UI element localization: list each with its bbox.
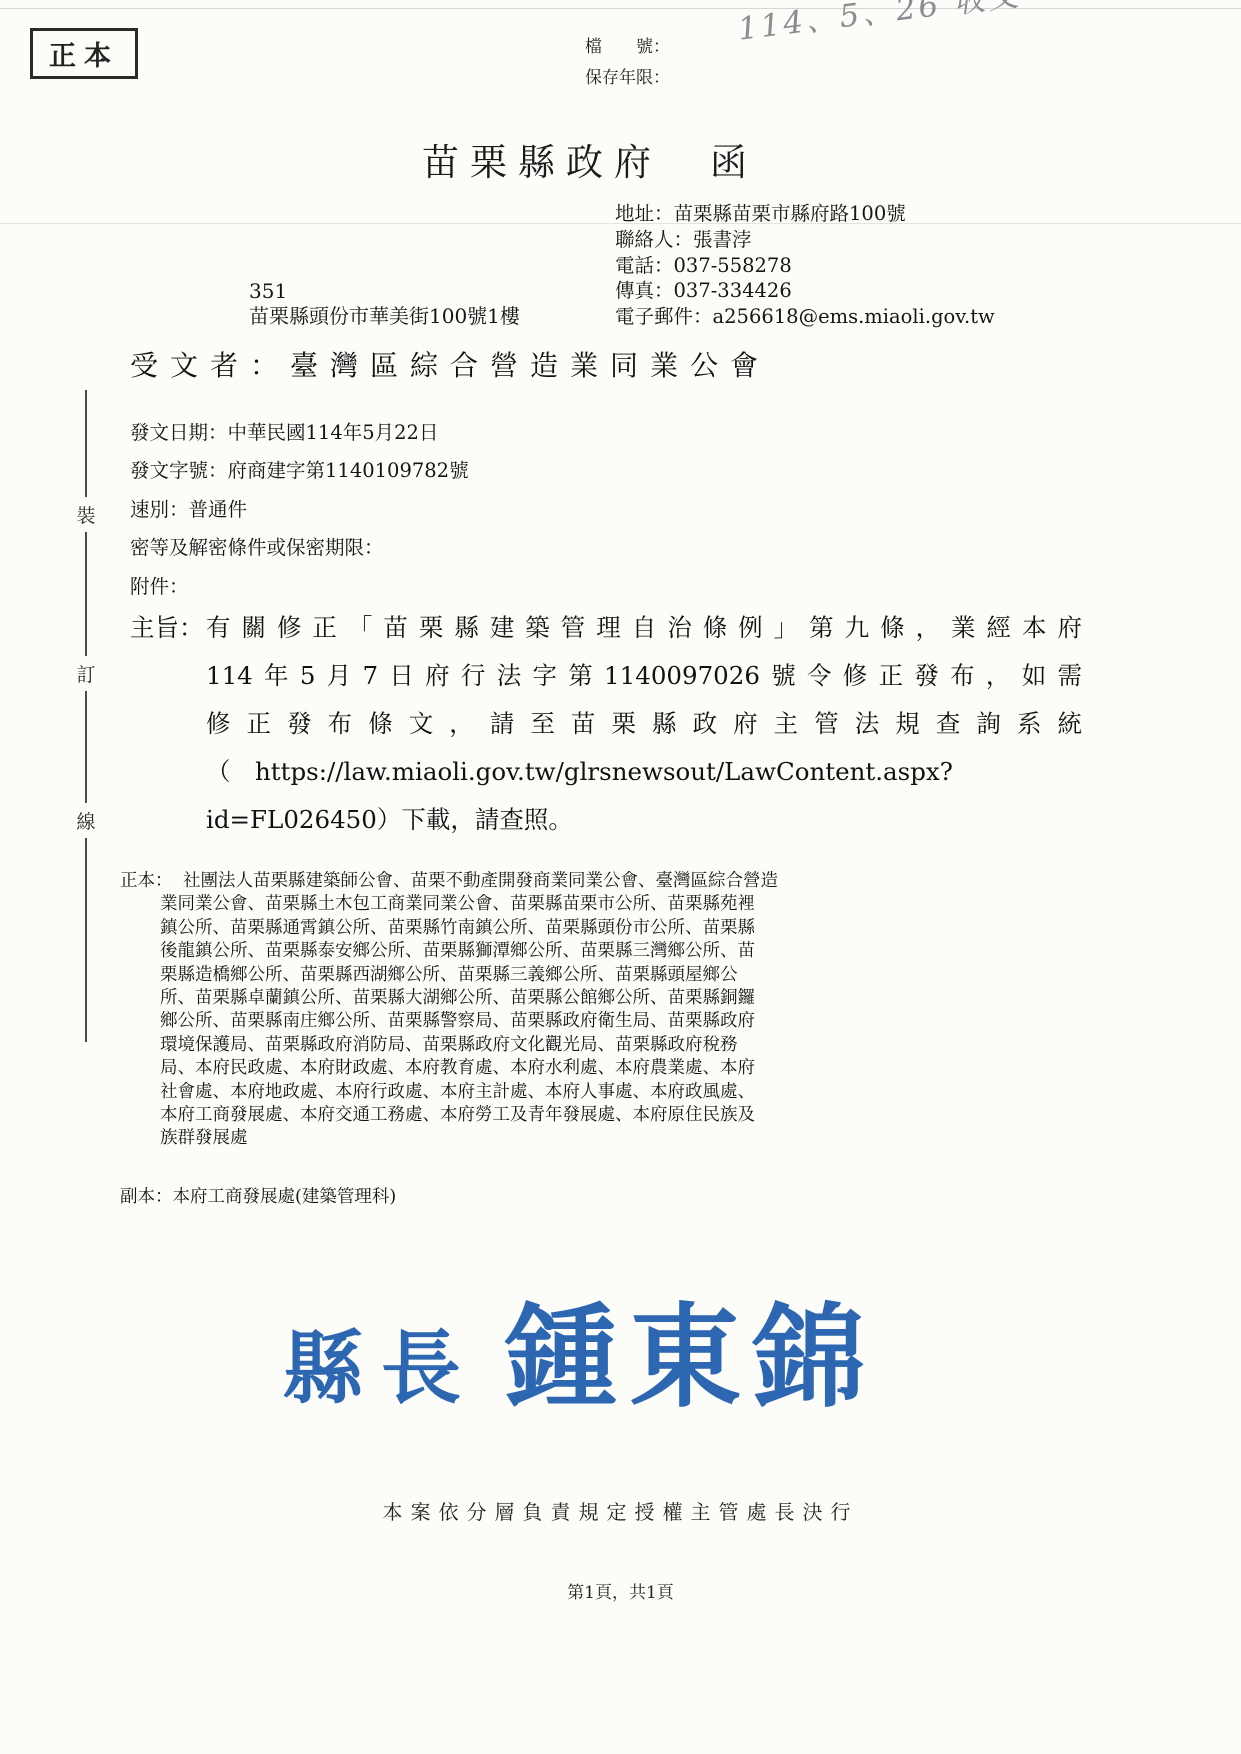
cc-text: 本府工商發展處(建築管理科) [173,1187,397,1207]
contact-email: 電子郵件：a256618@ems.miaoli.gov.tw [615,304,995,330]
original-recipients-line: 栗縣造橋鄉公所、苗栗縣西湖鄉公所、苗栗縣三義鄉公所、苗栗縣頭屋鄉公 [120,964,1084,987]
subject-line: 有關修正「苗栗縣建築管理自治條例」第九條，業經本府 [130,604,1082,652]
contact-fax: 傳真：037-334426 [615,278,995,304]
contact-person: 聯絡人：張書浡 [615,227,995,253]
original-recipients-line: 局、本府民政處、本府財政處、本府教育處、本府水利處、本府農業處、本府 [120,1057,1084,1080]
original-recipients-line: 本府工商發展處、本府交通工務處、本府勞工及青年發展處、本府原住民族及 [120,1104,1084,1127]
subject-line: 114年5月7日府行法字第1140097026號令修正發布，如需 [130,652,1082,700]
delivery-speed: 速別：普通件 [130,491,469,529]
authorization-note: 本案依分層負責規定授權主管處長決行 [0,1496,1241,1525]
file-number-block: 檔 號： 保存年限： [585,32,670,94]
security-classification: 密等及解密條件或保密期限： [130,529,469,567]
recipient-street-address: 苗栗縣頭份市華美街100號1樓 [249,304,520,329]
original-recipients-line: 族群發展處 [120,1127,1084,1150]
binding-margin: 裝 訂 線 [72,390,100,1042]
handwritten-receipt-note: 114、5、26 收文 [735,0,1068,49]
recipient-line: 受文者：臺灣區綜合營造業同業公會 [130,344,770,384]
original-recipients-label: 正本： [120,870,173,893]
subject-section: 主旨： 有關修正「苗栗縣建築管理自治條例」第九條，業經本府 114年5月7日府行… [130,604,1082,844]
document-page: 正本 檔 號： 保存年限： 114、5、26 收文 苗栗縣政府 函 地址：苗栗縣… [0,0,1241,1754]
magistrate-title: 縣長 [283,1304,479,1419]
subject-label: 主旨： [130,604,204,652]
binding-line-segment [85,691,87,804]
county-magistrate-signature-stamp: 縣長 鍾東錦 [150,1268,1010,1428]
binding-char: 裝 [76,497,95,532]
issue-date: 發文日期：中華民國114年5月22日 [130,414,469,452]
original-recipients-line: 所、苗栗縣卓蘭鎮公所、苗栗縣大湖鄉公所、苗栗縣公館鄉公所、苗栗縣銅鑼 [120,987,1084,1010]
document-meta-block: 發文日期：中華民國114年5月22日 發文字號：府商建字第1140109782號… [130,414,469,606]
original-recipients-line: 鄉公所、苗栗縣南庄鄉公所、苗栗縣警察局、苗栗縣政府衛生局、苗栗縣政府 [120,1010,1084,1033]
binding-line-segment [85,838,87,1042]
original-recipients-line: 業同業公會、苗栗縣土木包工商業同業公會、苗栗縣苗栗市公所、苗栗縣苑裡 [120,893,1084,916]
binding-line-segment [85,532,87,655]
copy-type-stamp: 正本 [30,28,138,79]
page-number: 第1頁，共1頁 [0,1578,1241,1603]
sender-contact-block: 地址：苗栗縣苗栗市縣府路100號 聯絡人：張書浡 電話：037-558278 傳… [615,201,995,330]
original-recipients-line: 社會處、本府地政處、本府行政處、本府主計處、本府人事處、本府政風處、 [120,1081,1084,1104]
original-recipients-line: 環境保護局、苗栗縣政府消防局、苗栗縣政府文化觀光局、苗栗縣政府稅務 [120,1034,1084,1057]
contact-phone: 電話：037-558278 [615,253,995,279]
document-number: 發文字號：府商建字第1140109782號 [130,452,469,490]
cc-recipients-section: 副本：本府工商發展處(建築管理科) [120,1183,1084,1208]
original-recipients-line: 鎮公所、苗栗縣通霄鎮公所、苗栗縣竹南鎮公所、苗栗縣頭份市公所、苗栗縣 [120,917,1084,940]
subject-line: 修正發布條文，請至苗栗縣政府主管法規查詢系統 [130,700,1082,748]
subject-line-url: （ https://law.miaoli.gov.tw/glrsnewsout/… [130,748,1082,796]
magistrate-name: 鍾東錦 [505,1268,877,1429]
original-recipients-line: 後龍鎮公所、苗栗縣泰安鄉公所、苗栗縣獅潭鄉公所、苗栗縣三灣鄉公所、苗 [120,940,1084,963]
recipient-postal-code: 351 [249,279,520,304]
cc-label: 副本： [120,1187,173,1207]
sender-address: 地址：苗栗縣苗栗市縣府路100號 [615,201,995,227]
file-number-label: 檔 號： [585,32,670,63]
retention-period-label: 保存年限： [585,63,670,94]
binding-char: 線 [76,803,95,838]
binding-char: 訂 [76,656,95,691]
binding-line-segment [85,390,87,497]
original-recipients-section: 正本： 社團法人苗栗縣建築師公會、苗栗不動產開發商業同業公會、臺灣區綜合營造 業… [120,870,1084,1151]
document-title: 苗栗縣政府 函 [0,132,1180,186]
recipient-address-block: 351 苗栗縣頭份市華美街100號1樓 [249,279,520,329]
subject-line-url: id=FL026450）下載，請查照。 [130,796,1082,844]
original-recipients-line: 社團法人苗栗縣建築師公會、苗栗不動產開發商業同業公會、臺灣區綜合營造 [120,870,1084,893]
attachment-label: 附件： [130,568,469,606]
